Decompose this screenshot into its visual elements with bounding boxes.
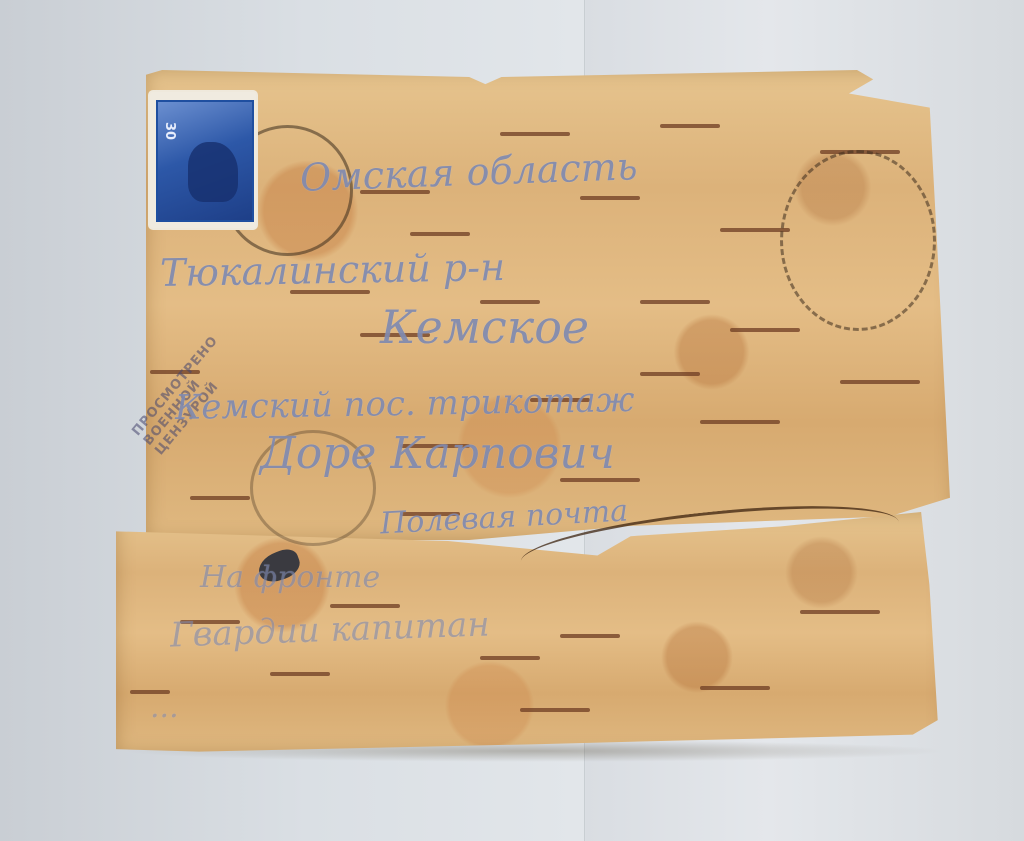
postmark-right xyxy=(780,150,936,331)
handwriting-line: Кемское xyxy=(380,300,589,354)
handwriting-line: Кемский пос. трикотаж xyxy=(175,380,635,428)
bark-lenticel xyxy=(800,610,880,614)
bark-lenticel xyxy=(500,132,570,136)
handwriting-line: Тюкалинский р-н xyxy=(160,245,506,295)
bark-lenticel xyxy=(660,124,720,128)
bark-lenticel xyxy=(700,420,780,424)
handwriting-line: На фронте xyxy=(200,560,380,595)
bark-lenticel xyxy=(270,672,330,676)
bark-lenticel xyxy=(520,708,590,712)
bark-lenticel xyxy=(700,686,770,690)
handwriting-line: Доре Карпович xyxy=(260,428,615,479)
postage-stamp: 30 xyxy=(150,92,256,228)
bark-lenticel xyxy=(410,232,470,236)
bark-lenticel xyxy=(640,300,710,304)
bark-lenticel xyxy=(580,196,640,200)
bark-lenticel xyxy=(640,372,700,376)
bark-lenticel xyxy=(840,380,920,384)
postage-stamp-image: 30 xyxy=(156,100,254,222)
soldier-figure-icon xyxy=(188,142,238,202)
bark-lenticel xyxy=(560,634,620,638)
handwriting-line: ... xyxy=(150,690,179,725)
bark-lenticel xyxy=(480,656,540,660)
bark-lenticel xyxy=(730,328,800,332)
stamp-value: 30 xyxy=(162,122,177,140)
